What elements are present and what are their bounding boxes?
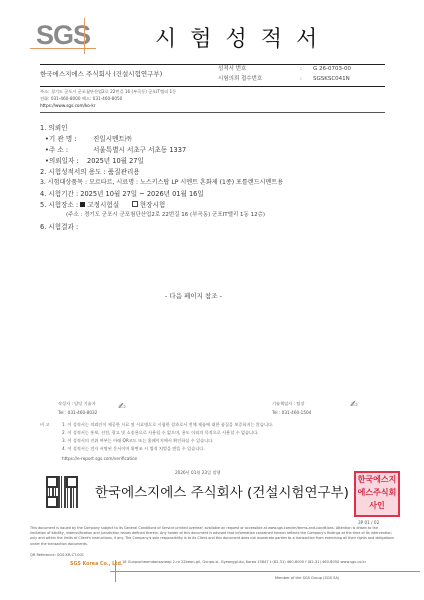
- company-seal-stamp: 한국에스지에스주식회사인: [354, 471, 400, 517]
- fixed-lab-checkbox-checked: [80, 202, 85, 207]
- address-top-rule: [40, 86, 385, 87]
- notes-label: 비 고: [40, 422, 49, 428]
- footer-divider-horizontal: [110, 571, 420, 572]
- tester-title: 작성자 : 담당 기술자: [58, 401, 96, 407]
- approver-tel: Tel : 031-460-1504: [272, 410, 311, 416]
- reception-no-colon: :: [300, 75, 302, 83]
- sgs-logo: SGS: [36, 22, 90, 49]
- client-address-value: 서울특별시 서초구 서초동 1337: [93, 145, 186, 155]
- client-org-value: 진일시멘트㈜: [93, 134, 131, 144]
- company-line: 한국에스지에스 주식회사 (건설시험연구부): [40, 70, 162, 79]
- logo-divider: [84, 18, 85, 54]
- company-address-en: 16 Gunpocheomdansaneop 2-ro 22beon-gil, …: [122, 560, 366, 564]
- request-date-value: 2025년 10월 27일: [87, 156, 144, 166]
- reception-no-value: SGSKSC041N: [313, 75, 350, 83]
- report-no-label: 성적서 번호: [218, 65, 246, 73]
- section-5-test-location: 5. 시험장소 : 고정시험실 현장시험: [40, 200, 165, 210]
- approver-title: 기술책임자 : 팀장: [272, 401, 304, 407]
- continued-note: - 다음 페이지 참조 -: [165, 292, 222, 301]
- report-no-colon: :: [300, 65, 302, 73]
- form-code: QR Reference: SGS-KR-CT-001: [30, 552, 84, 558]
- note-line-5-url[interactable]: https://e-report.sgs.com/verification: [62, 456, 137, 462]
- section-1-title: 1. 의뢰인: [40, 123, 68, 133]
- field-test-checkbox-unchecked: [132, 201, 138, 207]
- tester-signature: ✍: [118, 402, 126, 412]
- note-line-2: 2. 이 성적서는 홍보, 선전, 광고 및 소송용으로 사용될 수 없으며, …: [62, 430, 258, 436]
- test-location-label: 5. 시험장소 :: [40, 201, 78, 209]
- section-4-test-period: 4. 시험기간 : 2025년 10월 27일 ~ 2026년 01월 16일: [40, 189, 204, 199]
- client-org-label: •기 관 명 :: [45, 134, 77, 144]
- phone-line: 전화: 031-460-8000 팩스: 031-460-8050: [40, 96, 122, 102]
- legal-disclaimer: This document is issued by the Company s…: [30, 526, 395, 547]
- tester-tel: Tel : 031-460-8032: [58, 410, 97, 416]
- section-2-purpose: 2. 시험성적서의 용도 : 품질관리용: [40, 167, 140, 177]
- approver-signature: ✍: [350, 400, 358, 410]
- note-line-3: 3. 이 성적서의 진위 여부는 아래 QR코드 또는 홈페이지에서 확인하실 …: [62, 438, 214, 444]
- company-signature: 한국에스지에스 주식회사 (건설시험연구부): [95, 481, 349, 501]
- section-6-results: 6. 시험결과 :: [40, 222, 78, 232]
- report-no-value: G 26-0703-00: [313, 65, 351, 73]
- address-line: 주소: 경기도 군포시 군포첨단산업2로 22번길 16 (부곡동) 군포IT밸…: [40, 89, 176, 95]
- member-line: Member of the SGS Group (SGS SA): [275, 576, 339, 580]
- document-title: 시험성적서: [155, 22, 331, 53]
- qr-code[interactable]: [46, 476, 78, 508]
- note-line-1: 1. 이 성적서는 의뢰인이 제공한 시료 및 시료명으로 시험한 결과로서 전…: [62, 422, 273, 428]
- logo-underline: [30, 48, 96, 49]
- field-test-label: 현장시험: [140, 201, 165, 209]
- test-location-note: (주소 : 경기도 군포시 군포첨단산업2로 22번길 16 (부곡동) 군포I…: [66, 211, 265, 219]
- note-line-4: 4. 이 성적서는 전자 서명된 문서이며 위변조 시 법적 처벌을 받을 수 …: [62, 446, 205, 452]
- address-bottom-rule: [40, 112, 385, 113]
- reception-no-label: 시험의뢰 접수번호: [218, 75, 262, 83]
- fixed-lab-label: 고정시험실: [87, 201, 119, 209]
- section-3-test-item: 3. 시험대상품목 : 모르타르, 시료명 : 노스키스탑 LP 시멘트 혼화제…: [40, 178, 283, 188]
- issue-date: 2026년 01월 23일 발행: [175, 470, 221, 476]
- website-link[interactable]: https://www.sgs.com/ko-kr: [40, 103, 96, 109]
- client-address-label: •주 소 :: [45, 145, 68, 155]
- request-date-label: •의뢰일자 :: [45, 156, 79, 166]
